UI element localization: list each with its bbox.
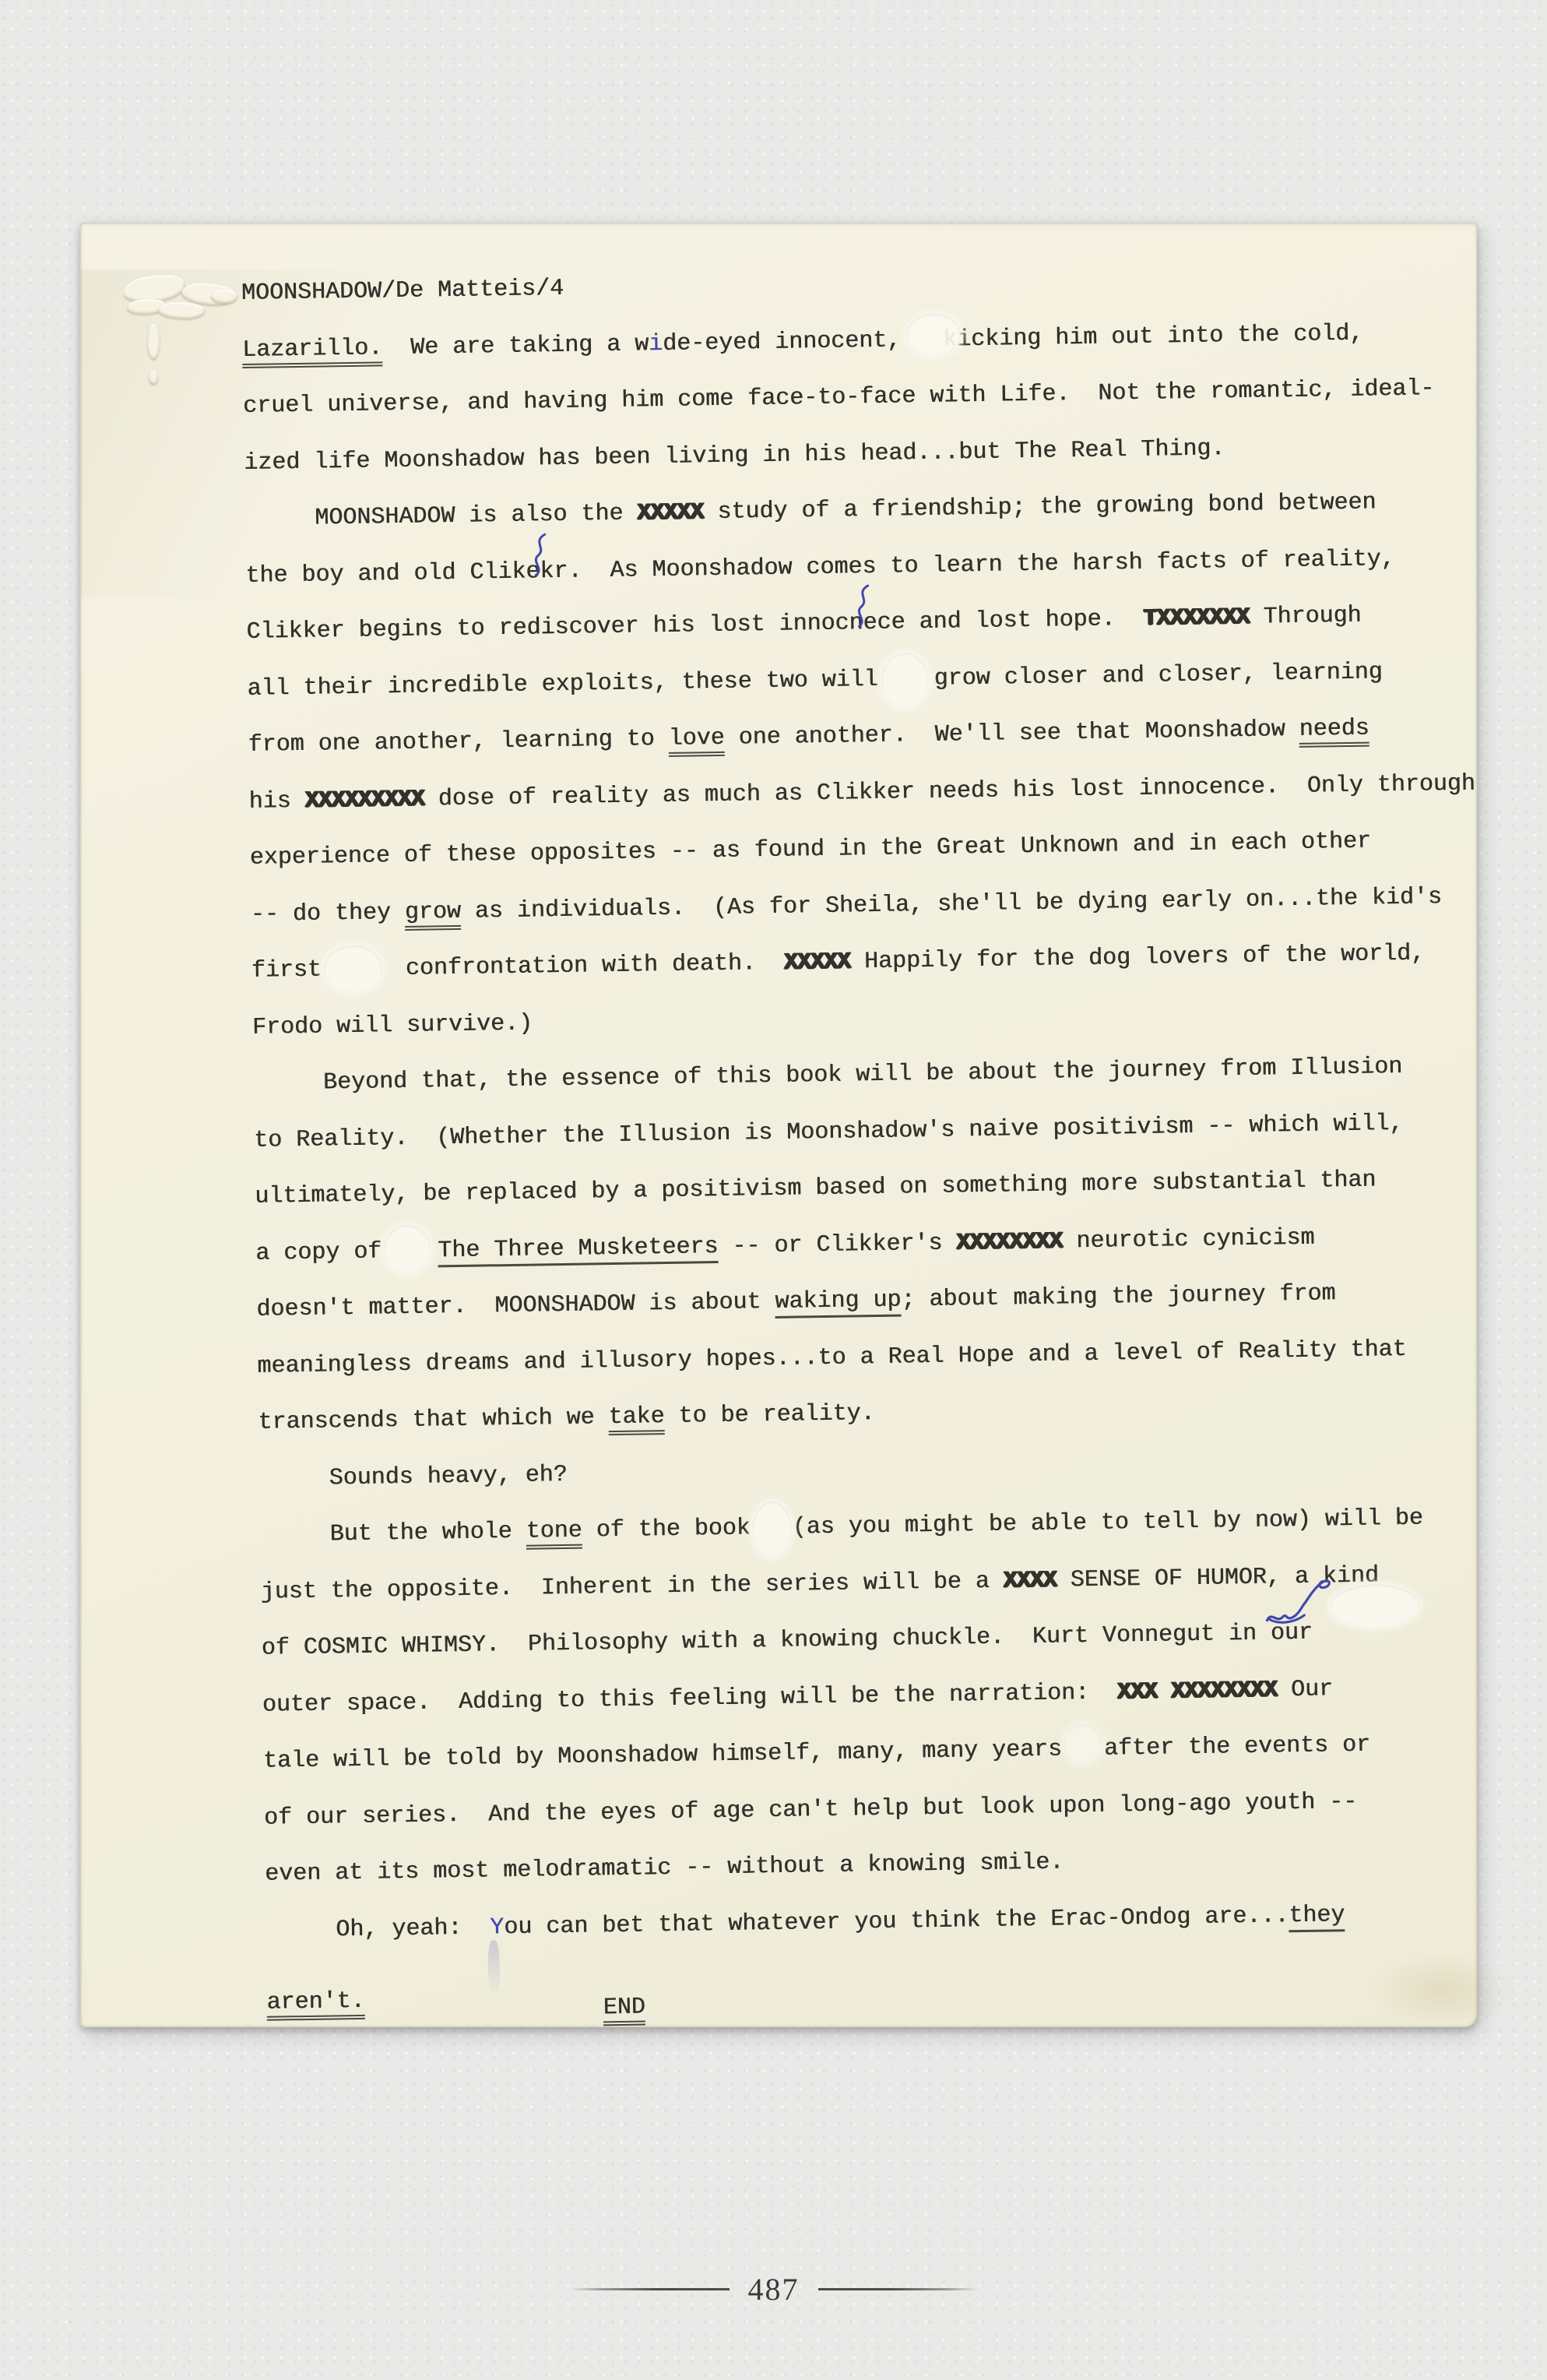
text-segment: all their incredible exploits, these two…	[247, 659, 1383, 702]
text-segment: SENSE OF HUMOR, a kind	[1057, 1562, 1380, 1593]
typed-lines: MOONSHADOW/De Matteis/4Lazarillo. We are…	[241, 247, 1503, 2040]
text-segment: experience of these opposites -- as foun…	[250, 829, 1372, 871]
text-segment: from one another, learning to	[248, 726, 669, 759]
text-segment: his	[248, 787, 305, 815]
text-segment: to be reality.	[664, 1400, 875, 1430]
text-segment: ultimately, be replaced by a positivism …	[255, 1167, 1376, 1210]
underlined-text: take	[608, 1403, 665, 1435]
underlined-text: love	[668, 725, 725, 757]
text-segment: Through	[1249, 603, 1362, 631]
text-segment: the boy and old Clik	[245, 558, 526, 589]
text-segment: But the whole	[259, 1519, 526, 1549]
strikeout-text: TXXXXXXX	[1143, 604, 1250, 632]
underlined-text: The Three Musketeers	[438, 1234, 719, 1267]
transposition-mark: ne	[849, 595, 877, 652]
text-segment: of COSMIC WHIMSY. Philosophy with a know…	[262, 1621, 1271, 1662]
footer-rule-right	[818, 2288, 978, 2290]
whiteout-spot	[752, 1502, 792, 1558]
text-segment: neurotic cynicism	[1062, 1224, 1315, 1255]
text-segment: to Reality. (Whether the Illusion is Moo…	[254, 1110, 1404, 1153]
underlined-text: END	[603, 1994, 646, 2026]
strikeout-text: XXXXXXXX	[956, 1228, 1063, 1256]
text-segment: tale will be told by Moonshadow himself,…	[263, 1732, 1371, 1775]
underlined-text: Lazarillo.	[242, 335, 383, 368]
underlined-text: grow	[405, 898, 462, 930]
text-segment: Happily for the dog lovers of the world,	[850, 941, 1426, 976]
strikeout-text: XXXXXXXX	[1171, 1677, 1278, 1705]
text-segment: -- or Clikker's	[718, 1230, 957, 1260]
ink-smudge	[487, 1940, 500, 1996]
text-segment: MOONSHADOW/De Matteis/4	[241, 276, 564, 307]
handwritten-letter: Y	[490, 1914, 505, 1941]
text-segment: r. As Moonshadow comes to learn the hars…	[554, 546, 1395, 585]
text-segment: one another. We'll see that Moonshadow	[724, 716, 1299, 752]
text-segment: cruel universe, and having him come face…	[243, 375, 1435, 420]
scanned-book-page: { "page": { "footer_page_number": "487" …	[0, 0, 1547, 2380]
underlined-text: waking up	[775, 1287, 902, 1319]
strikeout-text: XXXX	[1004, 1567, 1057, 1594]
underlined-text: tone	[526, 1518, 582, 1550]
strikeout-text: XXX	[1117, 1678, 1158, 1706]
text-segment: Our	[1277, 1676, 1334, 1703]
text-segment: just the opposite. Inherent in the serie…	[260, 1568, 1004, 1605]
text-segment: transcends that which we	[258, 1404, 609, 1436]
underlined-text: needs	[1299, 716, 1369, 748]
text-segment: ; about making the journey from	[901, 1280, 1336, 1313]
text-segment: Clikker begins to rediscover his lost in…	[246, 610, 849, 645]
typescript-page: MOONSHADOW/De Matteis/4Lazarillo. We are…	[80, 223, 1477, 2027]
text-segment: Beyond that, the essence of this book wi…	[253, 1054, 1403, 1097]
handwritten-deletion: our	[1270, 1605, 1313, 1662]
text-segment: outer space. Adding to this feeling will…	[262, 1679, 1118, 1718]
text-segment: even at its most melodramatic -- without…	[265, 1850, 1064, 1888]
text-segment: as individuals. (As for Sheila, she'll b…	[461, 884, 1443, 925]
text-segment	[1157, 1678, 1172, 1705]
text-segment: Sounds heavy, eh?	[258, 1461, 568, 1492]
text-segment: ou can bet that whatever you think the E…	[504, 1903, 1289, 1941]
footer-rule-left	[570, 2288, 730, 2290]
text-segment: We are taking a w	[382, 331, 649, 361]
text-segment: doesn't matter. MOONSHADOW is about	[256, 1289, 775, 1323]
text-segment: of our series. And the eyes of age can't…	[264, 1788, 1358, 1831]
strikeout-text: XXXXXXXXX	[304, 786, 424, 814]
underlined-text: they	[1289, 1902, 1345, 1932]
page-number: 487	[748, 2271, 800, 2308]
text-segment: meaningless dreams and illusory hopes...…	[257, 1336, 1407, 1379]
text-segment: MOONSHADOW is also the	[244, 500, 638, 532]
text-segment: ce and lost hope.	[877, 606, 1144, 636]
text-segment: study of a friendship; the growing bond …	[703, 489, 1376, 526]
text-segment: Oh, yeah:	[265, 1914, 490, 1944]
book-page-footer: 487	[570, 2271, 978, 2308]
text-segment: of the book (as you might be able to tel…	[582, 1505, 1423, 1544]
text-segment: de-eyed innocent, kicking him out into t…	[663, 320, 1364, 357]
handwritten-letter: i	[649, 330, 663, 357]
text-segment: -- do they	[251, 899, 406, 928]
typed-text-block: MOONSHADOW/De Matteis/4Lazarillo. We are…	[79, 204, 1503, 2029]
text-segment	[267, 1994, 604, 2026]
strikeout-text: XXXXX	[637, 499, 704, 526]
strikeout-text: XXXXX	[784, 949, 851, 976]
text-segment: Frodo will survive.)	[252, 1010, 533, 1040]
text-segment: ized life Moonshadow has been living in …	[244, 435, 1225, 477]
transposition-mark: ek	[526, 544, 554, 600]
text-segment: dose of reality as much as Clikker needs…	[424, 770, 1475, 812]
